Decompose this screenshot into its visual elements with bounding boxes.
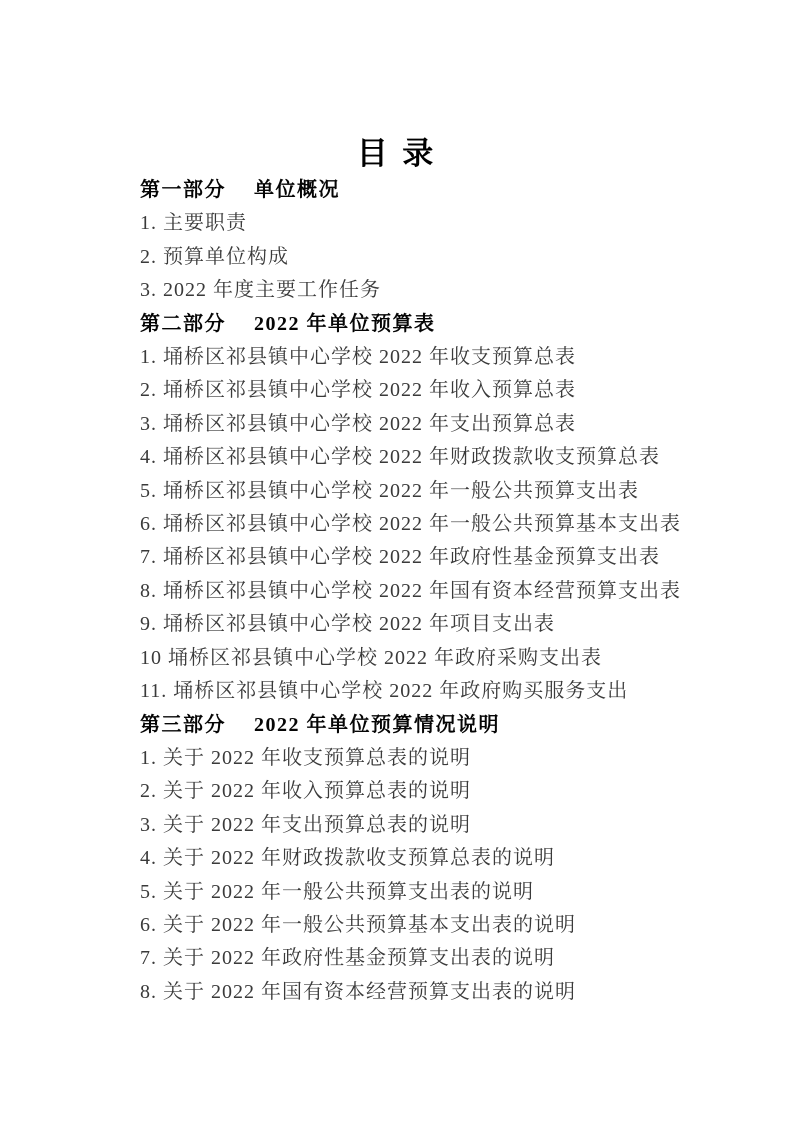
section-heading-part1: 第一部分 单位概况 bbox=[140, 174, 733, 207]
document-page: 目 录 第一部分 单位概况 1. 主要职责 2. 预算单位构成 3. 2022 … bbox=[0, 0, 793, 1122]
page-title: 目 录 bbox=[0, 0, 793, 174]
toc-entry: 2. 关于 2022 年收入预算总表的说明 bbox=[140, 775, 733, 808]
toc-entry: 2. 预算单位构成 bbox=[140, 241, 733, 274]
section-heading-part2: 第二部分 2022 年单位预算表 bbox=[140, 308, 733, 341]
toc-entry: 7. 埇桥区祁县镇中心学校 2022 年政府性基金预算支出表 bbox=[140, 541, 733, 574]
toc-entry: 6. 关于 2022 年一般公共预算基本支出表的说明 bbox=[140, 909, 733, 942]
toc-entry: 8. 埇桥区祁县镇中心学校 2022 年国有资本经营预算支出表 bbox=[140, 575, 733, 608]
toc-entry: 7. 关于 2022 年政府性基金预算支出表的说明 bbox=[140, 942, 733, 975]
toc-entry: 9. 埇桥区祁县镇中心学校 2022 年项目支出表 bbox=[140, 608, 733, 641]
toc-entry: 5. 关于 2022 年一般公共预算支出表的说明 bbox=[140, 876, 733, 909]
section-heading-part3: 第三部分 2022 年单位预算情况说明 bbox=[140, 709, 733, 742]
toc-entry: 11. 埇桥区祁县镇中心学校 2022 年政府购买服务支出 bbox=[140, 675, 733, 708]
toc-entry: 8. 关于 2022 年国有资本经营预算支出表的说明 bbox=[140, 976, 733, 1009]
table-of-contents: 第一部分 单位概况 1. 主要职责 2. 预算单位构成 3. 2022 年度主要… bbox=[140, 174, 733, 1009]
toc-entry: 3. 2022 年度主要工作任务 bbox=[140, 274, 733, 307]
toc-entry: 1. 主要职责 bbox=[140, 207, 733, 240]
toc-entry: 1. 关于 2022 年收支预算总表的说明 bbox=[140, 742, 733, 775]
toc-entry: 6. 埇桥区祁县镇中心学校 2022 年一般公共预算基本支出表 bbox=[140, 508, 733, 541]
toc-entry: 2. 埇桥区祁县镇中心学校 2022 年收入预算总表 bbox=[140, 374, 733, 407]
toc-entry: 10 埇桥区祁县镇中心学校 2022 年政府采购支出表 bbox=[140, 642, 733, 675]
toc-entry: 1. 埇桥区祁县镇中心学校 2022 年收支预算总表 bbox=[140, 341, 733, 374]
toc-entry: 3. 埇桥区祁县镇中心学校 2022 年支出预算总表 bbox=[140, 408, 733, 441]
toc-entry: 4. 埇桥区祁县镇中心学校 2022 年财政拨款收支预算总表 bbox=[140, 441, 733, 474]
toc-entry: 5. 埇桥区祁县镇中心学校 2022 年一般公共预算支出表 bbox=[140, 475, 733, 508]
toc-entry: 4. 关于 2022 年财政拨款收支预算总表的说明 bbox=[140, 842, 733, 875]
toc-entry: 3. 关于 2022 年支出预算总表的说明 bbox=[140, 809, 733, 842]
